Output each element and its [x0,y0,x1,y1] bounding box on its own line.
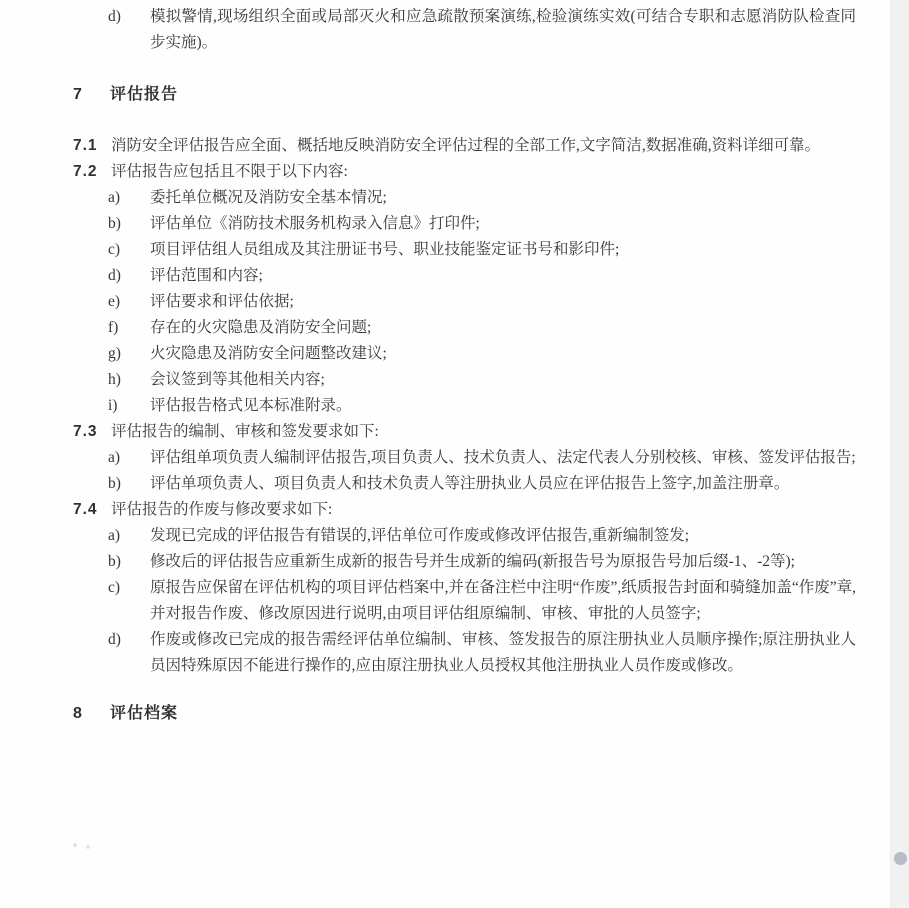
list-item: a) 评估组单项负责人编制评估报告,项目负责人、技术负责人、法定代表人分别校核、… [73,445,856,471]
list-item-label: f) [108,315,148,341]
list-item-label: d) [108,627,148,653]
list-item-text: 模拟警情,现场组织全面或局部灭火和应急疏散预案演练,检验演练实效(可结合专职和志… [150,8,856,51]
clause-text: 消防安全评估报告应全面、概括地反映消防安全评估过程的全部工作,文字简洁,数据准确… [111,137,820,154]
list-item-text: 作废或修改已完成的报告需经评估单位编制、审核、签发报告的原注册执业人员顺序操作;… [150,631,856,674]
clause-text: 评估报告的作废与修改要求如下: [111,501,332,518]
list-item: c) 原报告应保留在评估机构的项目评估档案中,并在备注栏中注明“作废”,纸质报告… [73,575,856,627]
list-item-text: 存在的火灾隐患及消防安全问题; [150,319,371,336]
clause-7-3: 7.3评估报告的编制、审核和签发要求如下: [73,419,856,445]
list-item: g) 火灾隐患及消防安全问题整改建议; [73,341,856,367]
list-item-label: c) [108,237,148,263]
section-title: 评估报告 [110,86,178,103]
list-item-text: 委托单位概况及消防安全基本情况; [150,189,387,206]
list-item-text: 评估范围和内容; [150,267,263,284]
clause-number: 7.2 [73,159,111,185]
list-item: a) 发现已完成的评估报告有错误的,评估单位可作废或修改评估报告,重新编制签发; [73,523,856,549]
list-item-text: 会议签到等其他相关内容; [150,371,325,388]
list-item: h) 会议签到等其他相关内容; [73,367,856,393]
list-item-text: 评估单项负责人、项目负责人和技术负责人等注册执业人员应在评估报告上签字,加盖注册… [150,475,789,492]
list-item-text: 项目评估组人员组成及其注册证书号、职业技能鉴定证书号和影印件; [150,241,619,258]
list-item-label: d) [108,263,148,289]
list-item-text: 评估要求和评估依据; [150,293,294,310]
list-item: b) 评估单项负责人、项目负责人和技术负责人等注册执业人员应在评估报告上签字,加… [73,471,856,497]
list-item-label: c) [108,575,148,601]
list-item-label: e) [108,289,148,315]
list-item-text: 评估报告格式见本标准附录。 [150,397,352,414]
section-heading-8: 8评估档案 [73,701,856,727]
list-item-text: 修改后的评估报告应重新生成新的报告号并生成新的编码(新报告号为原报告号加后缀-1… [150,553,795,570]
list-item: d) 评估范围和内容; [73,263,856,289]
list-item-label: i) [108,393,148,419]
list-item: f) 存在的火灾隐患及消防安全问题; [73,315,856,341]
list-item: e) 评估要求和评估依据; [73,289,856,315]
list-item-label: h) [108,367,148,393]
list-item: a) 委托单位概况及消防安全基本情况; [73,185,856,211]
section-heading-7: 7评估报告 [73,82,856,108]
clause-number: 7.3 [73,419,111,445]
list-item-label: b) [108,471,148,497]
scrollbar-track[interactable] [890,0,909,908]
list-item-text: 发现已完成的评估报告有错误的,评估单位可作废或修改评估报告,重新编制签发; [150,527,689,544]
list-item-label: a) [108,445,148,471]
list-item: b) 修改后的评估报告应重新生成新的报告号并生成新的编码(新报告号为原报告号加后… [73,549,856,575]
section-number: 7 [73,82,110,108]
list-item-label: d) [108,4,148,30]
list-item-prev-d: d) 模拟警情,现场组织全面或局部灭火和应急疏散预案演练,检验演练实效(可结合专… [73,4,856,56]
clause-number: 7.4 [73,497,111,523]
clause-7-2: 7.2评估报告应包括且不限于以下内容: [73,159,856,185]
list-item-label: b) [108,211,148,237]
list-item-text: 评估单位《消防技术服务机构录入信息》打印件; [150,215,480,232]
list-item-label: b) [108,549,148,575]
list-item-label: g) [108,341,148,367]
list-item-text: 评估组单项负责人编制评估报告,项目负责人、技术负责人、法定代表人分别校核、审核、… [150,449,856,466]
list-item-label: a) [108,523,148,549]
list-item: i) 评估报告格式见本标准附录。 [73,393,856,419]
clause-number: 7.1 [73,133,111,159]
list-item: c) 项目评估组人员组成及其注册证书号、职业技能鉴定证书号和影印件; [73,237,856,263]
document-page: d) 模拟警情,现场组织全面或局部灭火和应急疏散预案演练,检验演练实效(可结合专… [0,0,890,908]
list-item-label: a) [108,185,148,211]
page-content: d) 模拟警情,现场组织全面或局部灭火和应急疏散预案演练,检验演练实效(可结合专… [73,4,856,727]
section-title: 评估档案 [110,705,178,722]
list-item: d) 作废或修改已完成的报告需经评估单位编制、审核、签发报告的原注册执业人员顺序… [73,627,856,679]
section-number: 8 [73,701,110,727]
clause-7-4: 7.4评估报告的作废与修改要求如下: [73,497,856,523]
clause-text: 评估报告的编制、审核和签发要求如下: [111,423,379,440]
list-item-text: 火灾隐患及消防安全问题整改建议; [150,345,387,362]
list-item: b) 评估单位《消防技术服务机构录入信息》打印件; [73,211,856,237]
scrollbar-thumb[interactable] [894,852,907,865]
list-item-text: 原报告应保留在评估机构的项目评估档案中,并在备注栏中注明“作废”,纸质报告封面和… [150,579,856,622]
clause-7-1: 7.1消防安全评估报告应全面、概括地反映消防安全评估过程的全部工作,文字简洁,数… [73,133,856,159]
clause-text: 评估报告应包括且不限于以下内容: [111,163,348,180]
scan-artifact [73,843,77,847]
